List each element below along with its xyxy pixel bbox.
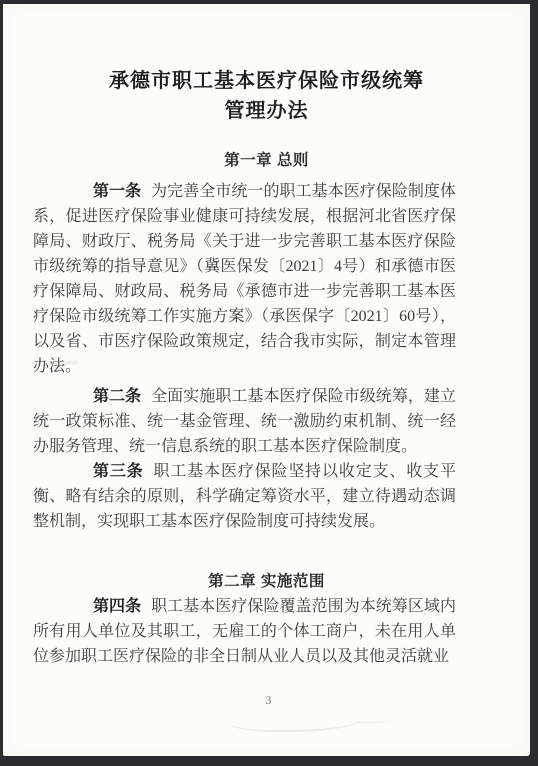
chapter-1-heading: 第一章 总则 [3,148,530,173]
scan-crease-artifact [230,710,360,733]
article-1-paragraph: 第一条为完善全市统一的职工基本医疗保险制度体系，促进医疗保险事业健康可持续发展，… [33,179,456,379]
article-1-text: 为完善全市统一的职工基本医疗保险制度体系，促进医疗保险事业健康可持续发展，根据河… [33,183,456,375]
page-number: 3 [3,694,530,708]
chapter-2-heading: 第二章 实施范围 [3,569,530,594]
article-4-number: 第四条 [93,598,141,615]
article-4-paragraph: 第四条职工基本医疗保险覆盖范围为本统筹区域内所有用人单位及其职工，无雇工的个体工… [33,594,456,669]
scanner-background: 承德市职工基本医疗保险市级统筹 管理办法 第一章 总则 第一条为完善全市统一的职… [0,0,538,766]
document-title: 承德市职工基本医疗保险市级统筹 管理办法 [3,66,530,126]
scan-crease-artifact-small [345,716,389,723]
article-3-paragraph: 第三条职工基本医疗保险坚持以收定支、收支平衡、略有结余的原则，科学确定筹资水平，… [33,459,456,534]
article-2-paragraph: 第二条全面实施职工基本医疗保险市级统筹，建立统一政策标准、统一基金管理、统一激励… [33,384,456,459]
article-1-number: 第一条 [93,183,141,200]
document-title-line2: 管理办法 [225,100,309,122]
document-page: 承德市职工基本医疗保险市级统筹 管理办法 第一章 总则 第一条为完善全市统一的职… [3,4,530,756]
scan-smudge-artifact [32,361,78,366]
document-title-line1: 承德市职工基本医疗保险市级统筹 [109,70,424,92]
article-2-number: 第二条 [93,388,141,405]
article-3-number: 第三条 [93,463,144,480]
document-body: 第一条为完善全市统一的职工基本医疗保险制度体系，促进医疗保险事业健康可持续发展，… [33,179,456,669]
